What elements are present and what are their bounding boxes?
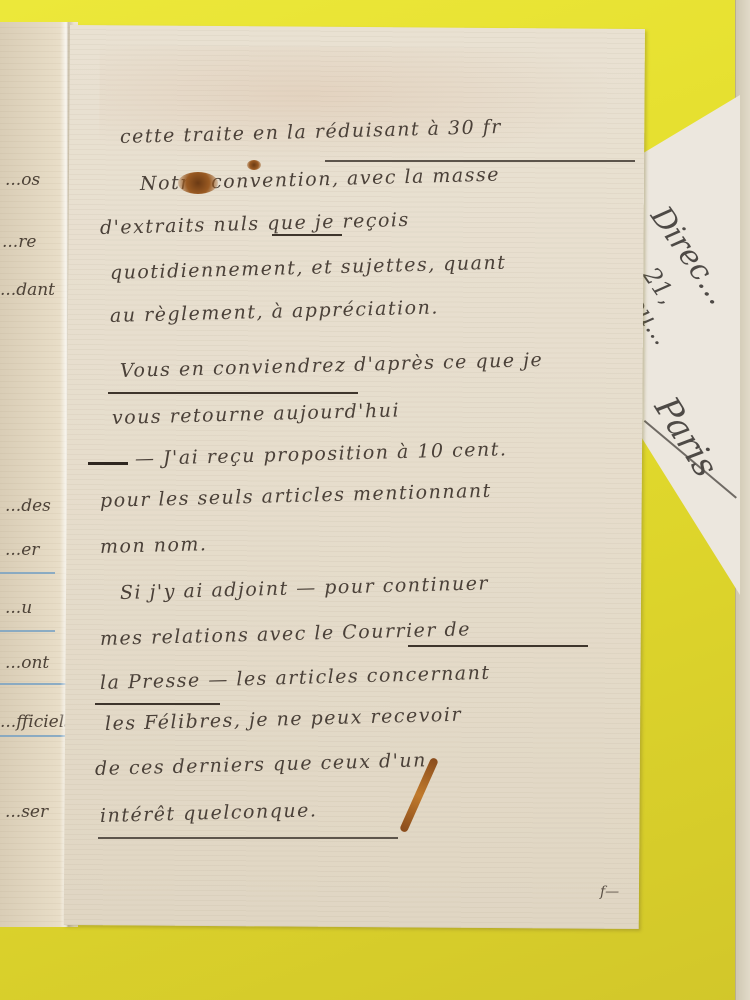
left-page-text: ...er xyxy=(5,540,39,560)
underline xyxy=(408,645,588,647)
left-page-text: ...ont xyxy=(5,653,49,673)
rust-stain xyxy=(247,160,261,170)
letter-line: mon nom. xyxy=(100,533,208,558)
dash-mark xyxy=(88,462,128,465)
blue-pencil-mark xyxy=(0,630,55,632)
rust-stain xyxy=(178,172,218,194)
underline xyxy=(95,703,220,705)
underline xyxy=(325,160,635,162)
left-page-text: ...re xyxy=(2,232,36,252)
left-page-text: ...ser xyxy=(5,802,48,822)
left-page-text: ...os xyxy=(5,170,40,190)
underline xyxy=(272,234,342,236)
underline xyxy=(98,837,398,839)
left-page-text: ...dant xyxy=(0,280,55,300)
left-page-text: ...u xyxy=(5,598,32,618)
blue-pencil-mark xyxy=(0,572,55,574)
left-page-text: ...des xyxy=(5,496,51,516)
underline xyxy=(108,392,358,394)
page-corner-mark: f— xyxy=(600,884,619,900)
